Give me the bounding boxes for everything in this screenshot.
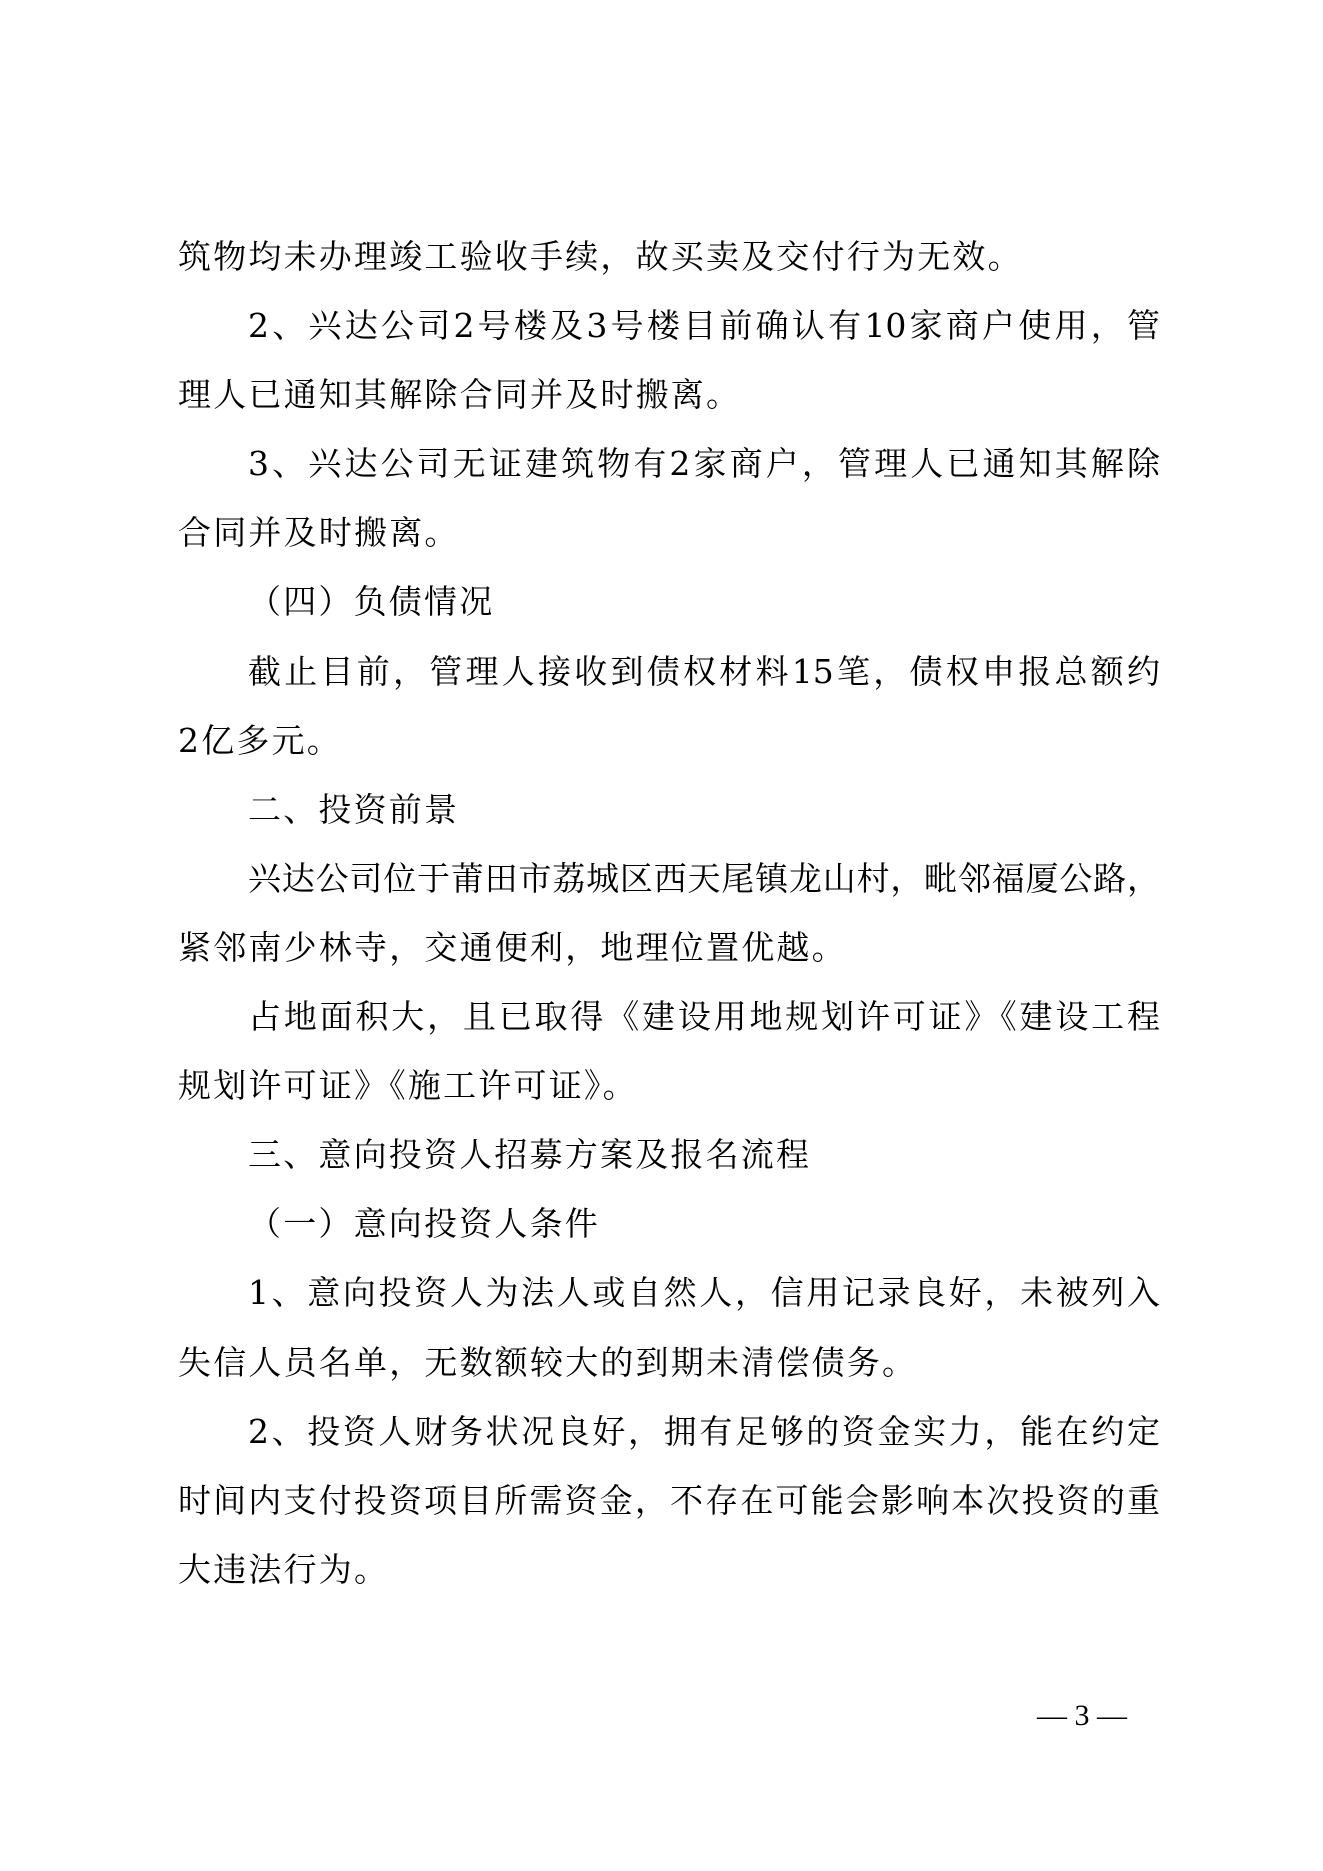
subsection-heading-investor-conditions: （一）意向投资人条件 <box>178 1189 1160 1258</box>
text-line-2: 2、兴达公司2号楼及3号楼目前确认有10家商户使用，管 <box>178 291 1160 360</box>
page-number: — 3 — <box>1022 1696 1142 1736</box>
text-line-10: 兴达公司位于莆田市荔城区西天尾镇龙山村，毗邻福厦公路， <box>178 844 1160 913</box>
section-heading-recruitment-plan: 三、意向投资人招募方案及报名流程 <box>178 1120 1160 1189</box>
text-line-3: 理人已通知其解除合同并及时搬离。 <box>178 360 1160 429</box>
text-line-11: 紧邻南少林寺，交通便利，地理位置优越。 <box>178 913 1160 982</box>
text-line-13: 规划许可证》《施工许可证》。 <box>178 1051 1160 1120</box>
document-page: 筑物均未办理竣工验收手续，故买卖及交付行为无效。 2、兴达公司2号楼及3号楼目前… <box>0 0 1323 1871</box>
text-line-16: 1、意向投资人为法人或自然人，信用记录良好，未被列入 <box>178 1258 1160 1327</box>
text-line-17: 失信人员名单，无数额较大的到期未清偿债务。 <box>178 1328 1160 1397</box>
text-line-12: 占地面积大，且已取得《建设用地规划许可证》《建设工程 <box>178 982 1160 1051</box>
text-line-5: 合同并及时搬离。 <box>178 498 1160 567</box>
text-line-19: 时间内支付投资项目所需资金，不存在可能会影响本次投资的重 <box>178 1466 1160 1535</box>
text-line-4: 3、兴达公司无证建筑物有2家商户，管理人已通知其解除 <box>178 429 1160 498</box>
text-line-7: 截止目前，管理人接收到债权材料15笔，债权申报总额约 <box>178 637 1160 706</box>
text-line-20: 大违法行为。 <box>178 1535 1160 1604</box>
text-line-8: 2亿多元。 <box>178 706 1160 775</box>
body-text: 筑物均未办理竣工验收手续，故买卖及交付行为无效。 2、兴达公司2号楼及3号楼目前… <box>178 222 1160 1604</box>
section-heading-debts: （四）负债情况 <box>178 567 1160 636</box>
text-line-1: 筑物均未办理竣工验收手续，故买卖及交付行为无效。 <box>178 222 1160 291</box>
text-line-18: 2、投资人财务状况良好，拥有足够的资金实力，能在约定 <box>178 1397 1160 1466</box>
section-heading-investment-prospects: 二、投资前景 <box>178 775 1160 844</box>
